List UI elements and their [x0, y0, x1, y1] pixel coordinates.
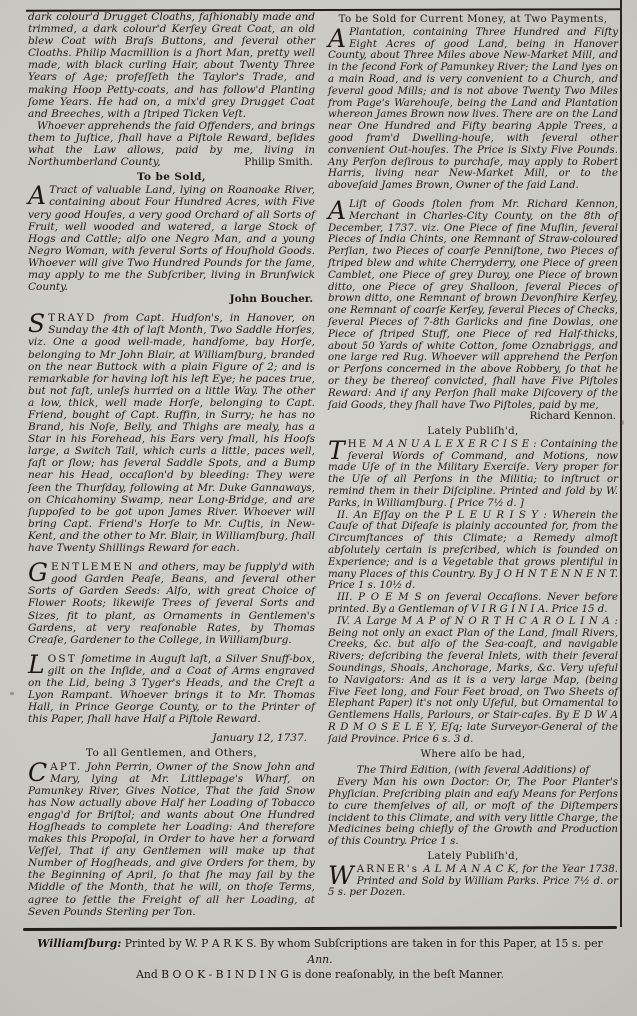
ad-lead-word: TRAYD: [48, 312, 96, 324]
ad-text: and others, may be ſupply'd with good Ga…: [28, 561, 315, 646]
ad-roanoake-land-sale: A Tract of valuable Land, lying on Roano…: [28, 184, 315, 293]
ad-capt-perrin-freight: C APT. John Perrin, Owner of the Snow Jo…: [28, 761, 315, 918]
drop-cap-s: S: [28, 312, 48, 334]
ad-map-north-carolina: IV. A Large M A P of N O R T H C A R O L…: [328, 616, 618, 746]
ad-poems: III. P O E M S on ſeveral Occaſions. Nev…: [328, 592, 618, 616]
drop-cap-w: W: [328, 864, 357, 886]
ad-text: Liſt of Goods ſtolen from Mr. Richard Ke…: [328, 199, 618, 411]
drop-cap-t: T: [328, 439, 348, 461]
left-column: dark colour'd Drugget Cloaths, faſhionab…: [28, 11, 315, 918]
ad-every-man-his-own-doctor: Every Man his own Doctor: Or, The Poor P…: [328, 777, 618, 848]
ad-text: Tract of valuable Land, lying on Roanoak…: [28, 184, 315, 293]
ad-lost-snuffbox: L OST ſometime in Auguſt laſt, a Silver …: [28, 653, 315, 726]
ad-lead-word: OST: [48, 653, 77, 665]
heading-sold-current-money: To be Sold for Current Money, at Two Pay…: [328, 14, 618, 26]
imprint-place: Williamſburg:: [37, 937, 121, 950]
ink-speck: [300, 940, 305, 942]
right-column: To be Sold for Current Money, at Two Pay…: [328, 11, 618, 918]
ad-lead-word: HE: [348, 439, 369, 450]
ad-lead-word: ENTLEMEN: [51, 561, 135, 573]
heading-where-also-be-had: Where alſo be had,: [328, 749, 618, 761]
ad-garden-seeds: G ENTLEMEN and others, may be ſupply'd w…: [28, 561, 315, 646]
signature-richard-kennon: Richard Kennon.: [328, 411, 616, 423]
newspaper-page: dark colour'd Drugget Cloaths, faſhionab…: [0, 0, 637, 1016]
ad-manual-exercise: T HE M A N U A L E X E R C I S E : Conta…: [328, 439, 618, 510]
drop-cap-c: C: [28, 761, 50, 783]
imprint-per-ann: Ann.: [307, 953, 332, 966]
ad-runaways-continuation: dark colour'd Drugget Cloaths, faſhionab…: [28, 11, 315, 120]
ad-warners-almanack: W ARNER's A L M A N A C K, for the Year …: [328, 864, 618, 899]
ad-stolen-goods-list: A Liſt of Goods ſtolen from Mr. Richard …: [328, 199, 618, 411]
signature-john-boucher: John Boucher.: [28, 293, 313, 305]
dateline: January 12, 1737.: [28, 732, 307, 744]
ad-lead-word: ARNER's: [357, 864, 419, 875]
imprint-line-2: And B O O K - B I N D I N G is done reaſ…: [28, 967, 612, 983]
imprint-line-1: Williamſburg: Printed by W. P A R K S. B…: [28, 936, 612, 967]
ad-lead-word: APT.: [50, 761, 82, 773]
ink-speck: [621, 420, 624, 425]
ad-text: Plantation, containing Three Hundred and…: [328, 27, 618, 191]
printer-imprint: Williamſburg: Printed by W. P A R K S. B…: [28, 936, 612, 983]
heading-lately-published-2: Lately Publiſh'd,: [328, 851, 618, 863]
drop-cap-a: A: [28, 184, 49, 206]
heading-lately-published-1: Lately Publiſh'd,: [328, 426, 618, 438]
ad-hanover-plantation: A Plantation, containing Three Hundred a…: [328, 27, 618, 192]
right-edge-rule: [620, 0, 622, 927]
ad-text: from Capt. Hudſon's, in Hanover, on Sund…: [28, 312, 315, 554]
ad-text: John Perrin, Owner of the Snow John and …: [28, 761, 315, 918]
subheading-third-edition: The Third Edition, (with ſeveral Additio…: [328, 765, 618, 777]
drop-cap-a: A: [328, 199, 349, 221]
ad-text: M A N U A L E X E R C I S E : Containing…: [328, 439, 618, 509]
drop-cap-a: A: [328, 27, 349, 49]
drop-cap-l: L: [28, 653, 48, 675]
heading-to-all-gentlemen: To all Gentlemen, and Others,: [28, 747, 315, 759]
drop-cap-g: G: [28, 561, 51, 583]
footer-rule: [23, 926, 617, 931]
column-container: dark colour'd Drugget Cloaths, faſhionab…: [28, 11, 618, 918]
heading-to-be-sold: To be Sold,: [28, 171, 315, 183]
imprint-text: Printed by W. P A R K S. By whom Subſcri…: [125, 937, 603, 950]
ad-essay-pleurisy: II. An Eſſay on the P L E U R I S Y : Wh…: [328, 510, 618, 593]
ink-speck: [10, 692, 14, 695]
ad-strayed-horses: S TRAYD from Capt. Hudſon's, in Hanover,…: [28, 312, 315, 554]
